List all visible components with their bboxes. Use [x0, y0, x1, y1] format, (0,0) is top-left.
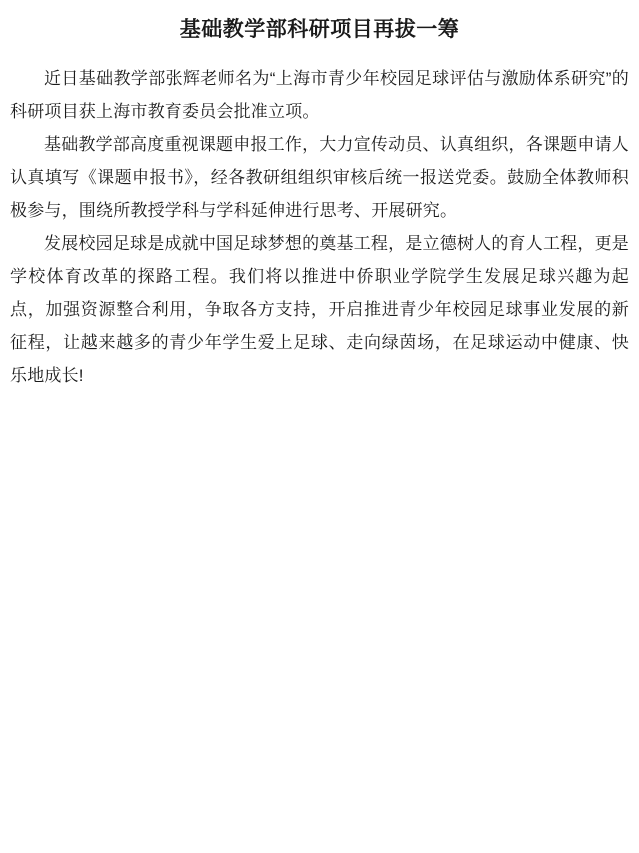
document-page: 基础教学部科研项目再拔一筹 近日基础教学部张辉老师名为“上海市青少年校园足球评估…	[0, 0, 639, 853]
paragraph-3: 发展校园足球是成就中国足球梦想的奠基工程，是立德树人的育人工程，更是学校体育改革…	[10, 227, 629, 392]
document-body: 近日基础教学部张辉老师名为“上海市青少年校园足球评估与激励体系研究”的科研项目获…	[10, 62, 629, 392]
paragraph-2: 基础教学部高度重视课题申报工作，大力宣传动员、认真组织，各课题申请人认真填写《课…	[10, 128, 629, 227]
paragraph-1: 近日基础教学部张辉老师名为“上海市青少年校园足球评估与激励体系研究”的科研项目获…	[10, 62, 629, 128]
document-title: 基础教学部科研项目再拔一筹	[10, 16, 629, 44]
